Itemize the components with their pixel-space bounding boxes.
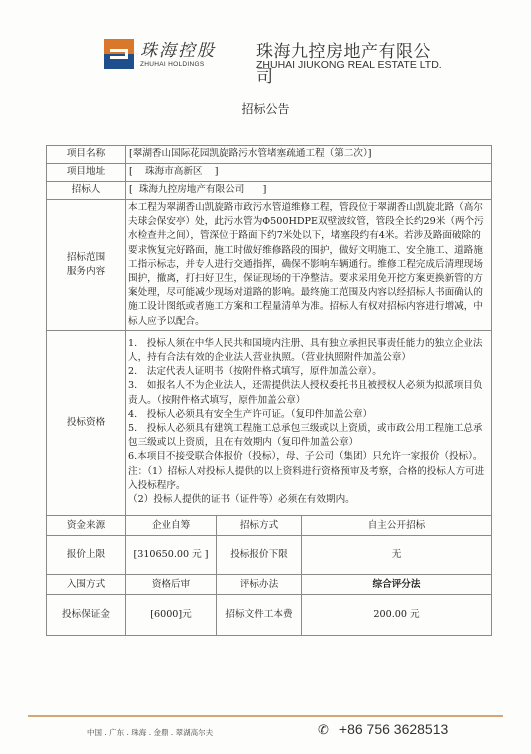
page-title: 招标公告 (0, 100, 531, 117)
bid-method-label: 招标方式 (217, 516, 302, 536)
table-row-scope: 招标范围 服务内容 本工程为翠湖香山凯旋路市政污水管道维修工程，管段位于翠湖香山… (47, 200, 492, 331)
qualification-note: （2）投标人提供的证书（证件等）必须在有效期内。 (128, 493, 489, 507)
qualification-note: 注：（1）招标人对投标人提供的以上资料进行资格预审及考察，合格的投标人方可进入投… (128, 465, 489, 493)
fund-source-value: 企业自筹 (126, 516, 217, 536)
qualification-item: 1. 投标人须在中华人民共和国境内注册、具有独立承担民事责任能力的独立企业法人，… (128, 337, 489, 365)
bidder-value: [ 珠海九控房地产有限公司 ] (126, 182, 492, 200)
price-floor-value: 无 (302, 536, 492, 575)
table-row-qualification: 投标资格 1. 投标人须在中华人民共和国境内注册、具有独立承担民事责任能力的独立… (47, 330, 492, 515)
bid-bond-label: 投标保证金 (47, 595, 126, 636)
qualification-item: 2. 法定代表人证明书（按附件格式填写，原件加盖公章）。 (128, 365, 489, 379)
table-row-fund-source: 资金来源 企业自筹 招标方式 自主公开招标 (47, 516, 492, 536)
bid-method-value: 自主公开招标 (302, 516, 492, 536)
project-name-value: [翠湖香山国际花园凯旋路污水管堵塞疏通工程（第二次）] (126, 146, 492, 164)
table-row-project-address: 项目地址 [ 珠海市高新区 ] (47, 164, 492, 182)
footer-divider (28, 715, 503, 717)
evaluation-method-value: 综合评分法 (302, 575, 492, 595)
scope-label-line2: 服务内容 (50, 265, 122, 279)
phone-number: +86 756 3628513 (339, 721, 448, 737)
qualification-value: 1. 投标人须在中华人民共和国境内注册、具有独立承担民事责任能力的独立企业法人，… (126, 330, 492, 515)
entry-method-label: 入围方式 (47, 575, 126, 595)
footer-phone: ✆+86 756 3628513 (318, 721, 448, 738)
phone-icon: ✆ (318, 722, 329, 738)
document-fee-label: 招标文件工本费 (217, 595, 302, 636)
logo-chinese-name: 珠海控股 (140, 36, 216, 61)
qualification-item: 3. 如报名人不为企业法人，还需提供法人授权委托书且被授权人必须为拟派项目负责人… (128, 379, 489, 407)
scope-label-line1: 招标范围 (50, 251, 122, 265)
entry-method-value: 资格后审 (126, 575, 217, 595)
evaluation-method-label: 评标办法 (217, 575, 302, 595)
price-floor-label: 投标报价下限 (217, 536, 302, 575)
price-cap-value: [310650.00 元 ] (126, 536, 217, 575)
document-fee-value: 200.00 元 (302, 595, 492, 636)
table-row-entry-method: 入围方式 资格后审 评标办法 综合评分法 (47, 575, 492, 595)
qualification-item: 4. 投标人必须具有安全生产许可证。（复印件加盖公章） (128, 408, 489, 422)
project-address-label: 项目地址 (47, 164, 126, 182)
letterhead: 珠海控股 ZHUHAI HOLDINGS 珠海九控房地产有限公司 ZHUHAI … (104, 36, 444, 76)
bidder-label: 招标人 (47, 182, 126, 200)
fund-source-label: 资金来源 (47, 516, 126, 536)
company-name-english: ZHUHAI JIUKONG REAL ESTATE LTD. (256, 59, 442, 71)
logo-english-name: ZHUHAI HOLDINGS (140, 61, 204, 68)
price-cap-label: 报价上限 (47, 536, 126, 575)
table-row-bidder: 招标人 [ 珠海九控房地产有限公司 ] (47, 182, 492, 200)
bid-announcement-table: 项目名称 [翠湖香山国际花园凯旋路污水管堵塞疏通工程（第二次）] 项目地址 [ … (46, 145, 492, 636)
scope-label: 招标范围 服务内容 (47, 200, 126, 331)
qualification-item: 6.本项目不接受联合体报价（投标），母、子公司（集团）只允许一家报价（投标）。 (128, 450, 489, 464)
scope-value: 本工程为翠湖香山凯旋路市政污水管道维修工程，管段位于翠湖香山凯旋北路（高尔夫球会… (126, 200, 492, 331)
qualification-label: 投标资格 (47, 330, 126, 515)
project-name-label: 项目名称 (47, 146, 126, 164)
footer-address: 中国 . 广东 . 珠海 . 金鼎 . 翠湖高尔夫 (87, 727, 213, 738)
table-row-project-name: 项目名称 [翠湖香山国际花园凯旋路污水管堵塞疏通工程（第二次）] (47, 146, 492, 164)
qualification-item: 5. 投标人必须具有建筑工程施工总承包三级或以上资质，或市政公用工程施工总承包三… (128, 422, 489, 450)
table-row-bid-bond: 投标保证金 [6000]元 招标文件工本费 200.00 元 (47, 595, 492, 636)
table-row-price-cap: 报价上限 [310650.00 元 ] 投标报价下限 无 (47, 536, 492, 575)
bid-bond-value: [6000]元 (126, 595, 217, 636)
zhuhai-holdings-logo-icon (104, 39, 134, 69)
project-address-value: [ 珠海市高新区 ] (126, 164, 492, 182)
